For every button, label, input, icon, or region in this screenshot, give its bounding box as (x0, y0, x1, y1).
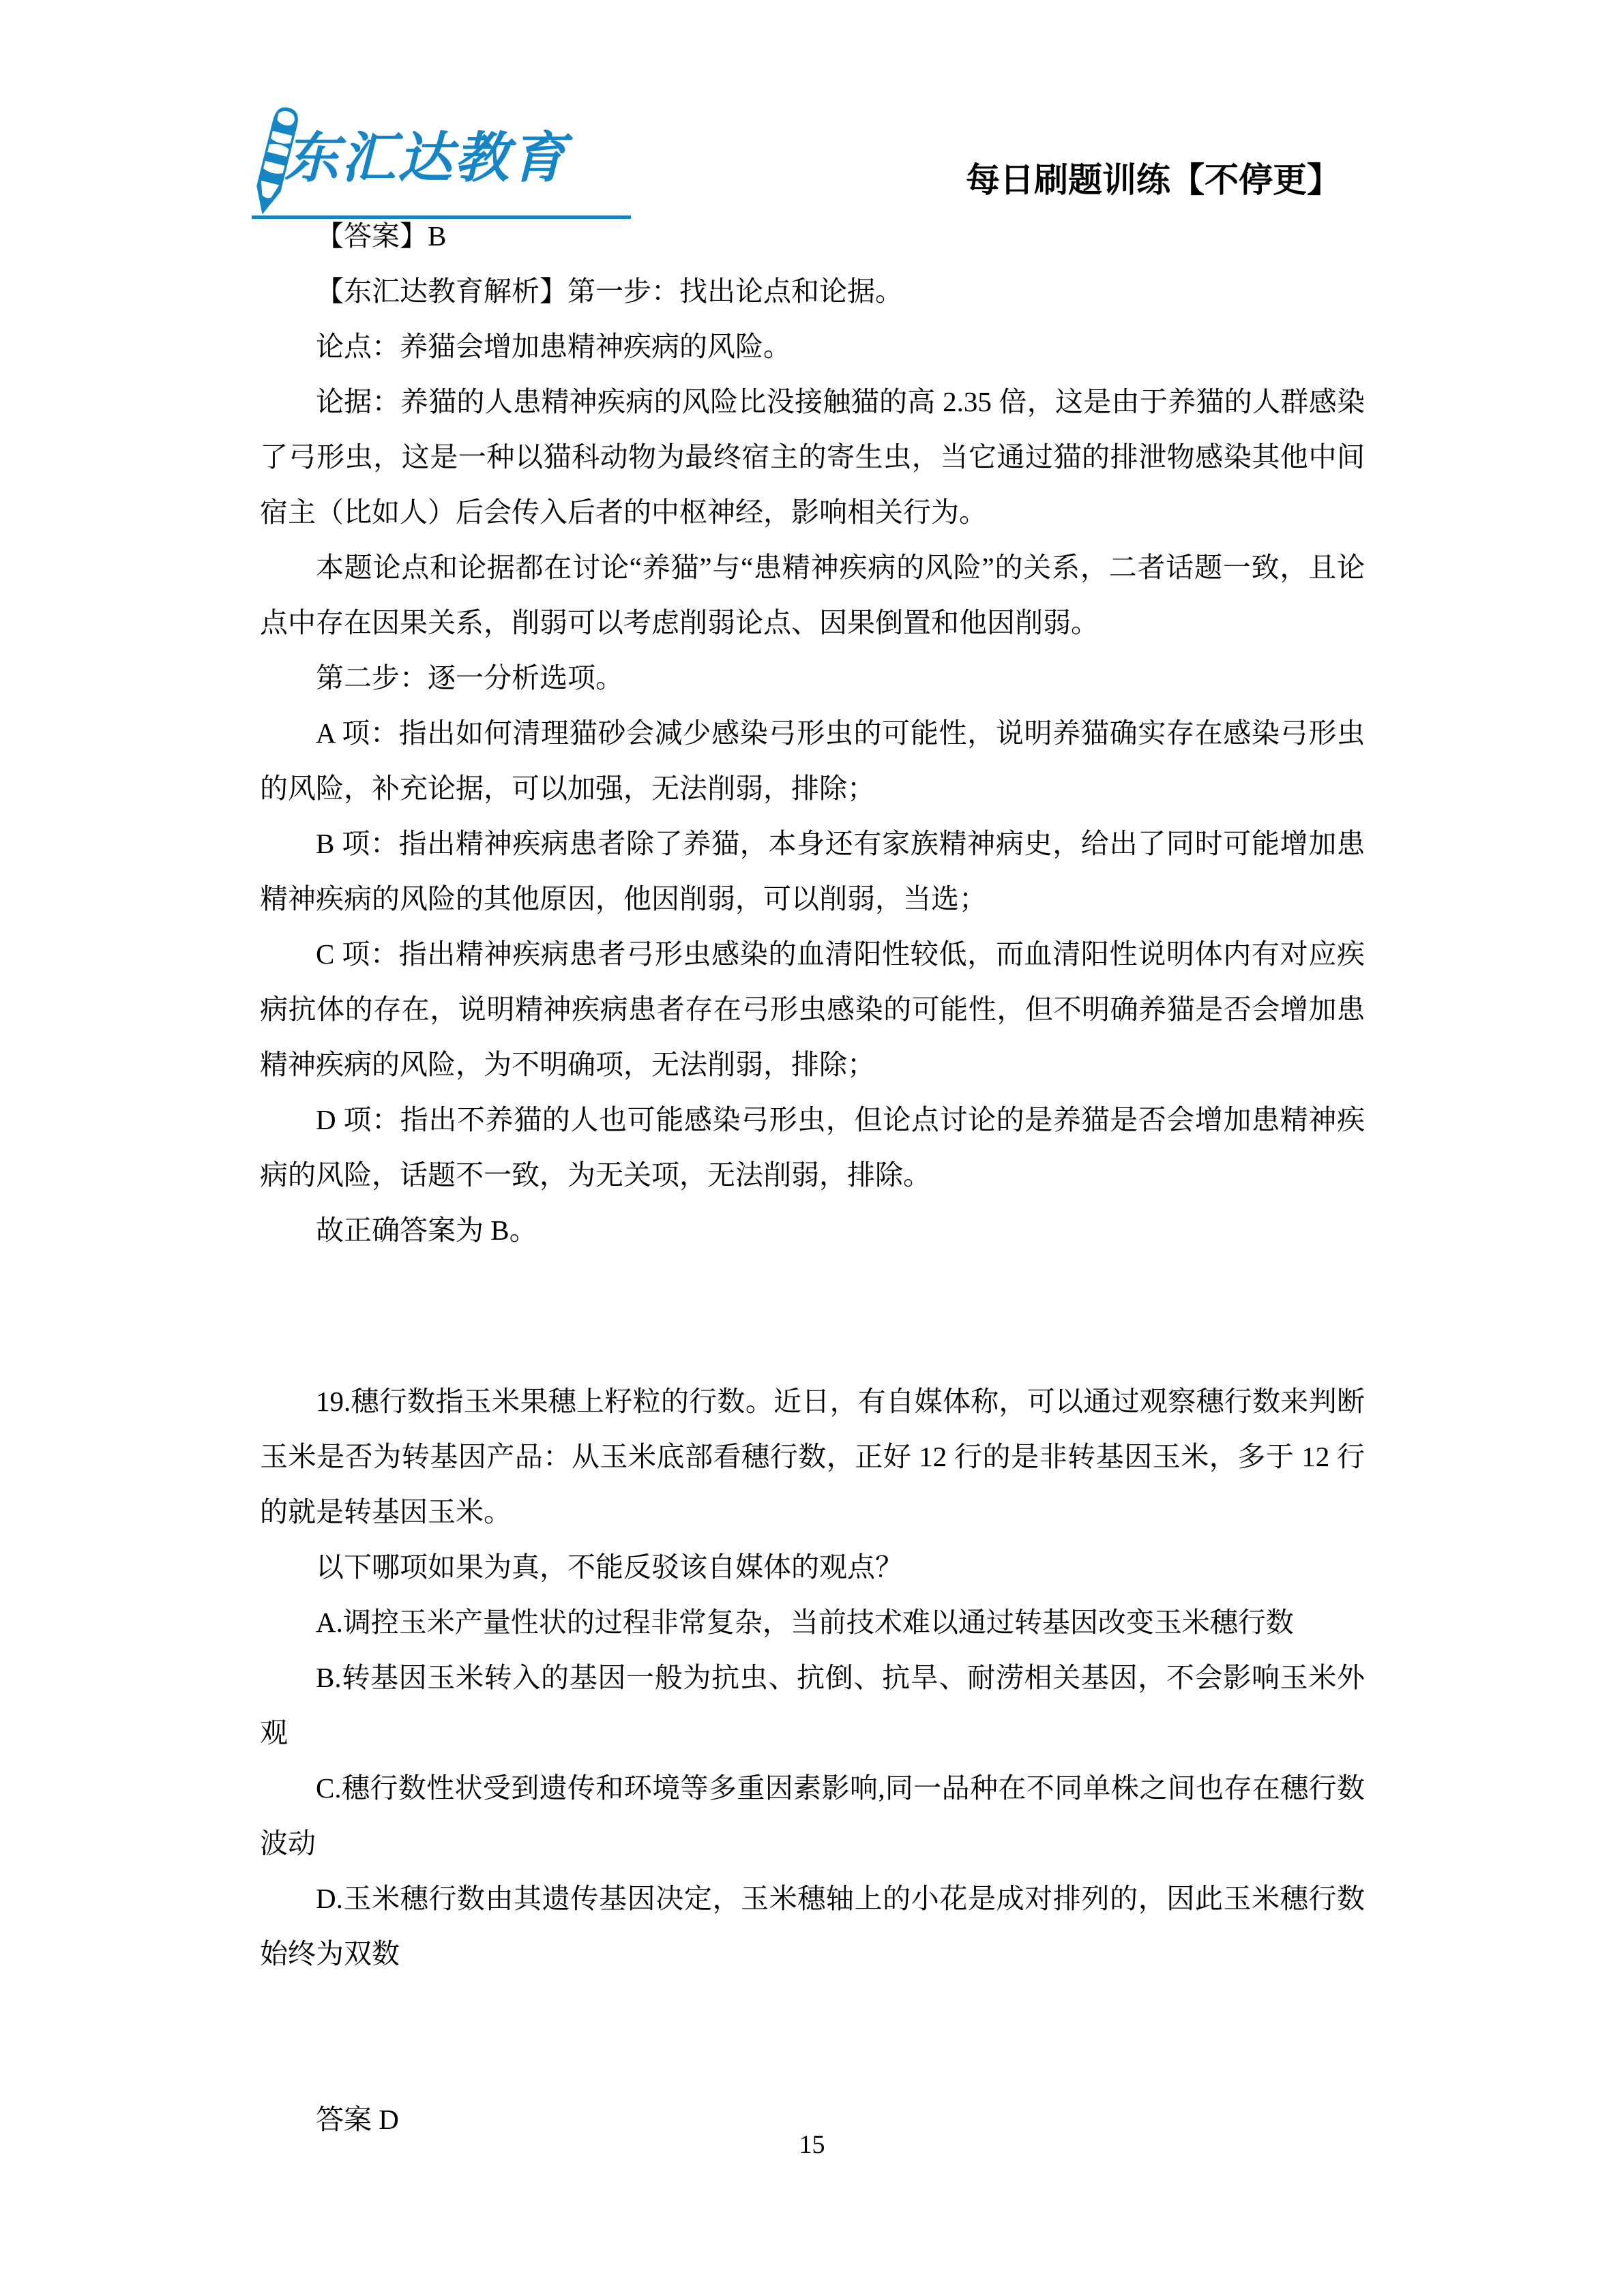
explanation-step2: 第二步：逐一分析选项。 (260, 651, 1365, 706)
explanation-option-b: B 项：指出精神疾病患者除了养猫，本身还有家族精神病史，给出了同时可能增加患精神… (260, 816, 1365, 927)
brand-logo: 东汇达教育 (242, 95, 641, 225)
question-19-option-d: D.玉米穗行数由其遗传基因决定，玉米穗轴上的小花是成对排列的，因此玉米穗行数始终… (260, 1871, 1365, 1982)
document-page: 东汇达教育 每日刷题训练【不停更】 【答案】B 【东汇达教育解析】第一步：找出论… (0, 0, 1624, 2296)
question-19-option-a: A.调控玉米产量性状的过程非常复杂，当前技术难以通过转基因改变玉米穗行数 (260, 1595, 1365, 1650)
page-header-title: 每日刷题训练【不停更】 (966, 160, 1341, 200)
explanation-evidence: 论据：养猫的人患精神疾病的风险比没接触猫的高 2.35 倍，这是由于养猫的人群感… (260, 374, 1365, 540)
explanation-step1: 【东汇达教育解析】第一步：找出论点和论据。 (260, 264, 1365, 319)
page-number: 15 (0, 2128, 1624, 2162)
explanation-option-a: A 项：指出如何清理猫砂会减少感染弓形虫的可能性，说明养猫确实存在感染弓形虫的风… (260, 706, 1365, 816)
question-19-stem: 19.穗行数指玉米果穗上籽粒的行数。近日，有自媒体称，可以通过观察穗行数来判断玉… (260, 1374, 1365, 1540)
explanation-conclusion: 故正确答案为 B。 (260, 1203, 1365, 1258)
question-19-option-b: B.转基因玉米转入的基因一般为抗虫、抗倒、抗旱、耐涝相关基因，不会影响玉米外观 (260, 1650, 1365, 1761)
explanation-viewpoint: 论点：养猫会增加患精神疾病的风险。 (260, 319, 1365, 374)
document-body: 【答案】B 【东汇达教育解析】第一步：找出论点和论据。 论点：养猫会增加患精神疾… (260, 209, 1365, 2147)
explanation-analysis: 本题论点和论据都在讨论“养猫”与“患精神疾病的风险”的关系，二者话题一致，且论点… (260, 540, 1365, 651)
explanation-option-c: C 项：指出精神疾病患者弓形虫感染的血清阳性较低，而血清阳性说明体内有对应疾病抗… (260, 927, 1365, 1092)
answer-line: 【答案】B (260, 209, 1365, 264)
explanation-option-d: D 项：指出不养猫的人也可能感染弓形虫，但论点讨论的是养猫是否会增加患精神疾病的… (260, 1092, 1365, 1203)
question-19-prompt: 以下哪项如果为真，不能反驳该自媒体的观点？ (260, 1540, 1365, 1595)
question-19-option-c: C.穗行数性状受到遗传和环境等多重因素影响,同一品种在不同单株之间也存在穗行数波… (260, 1761, 1365, 1871)
brand-logo-text: 东汇达教育 (284, 131, 567, 185)
